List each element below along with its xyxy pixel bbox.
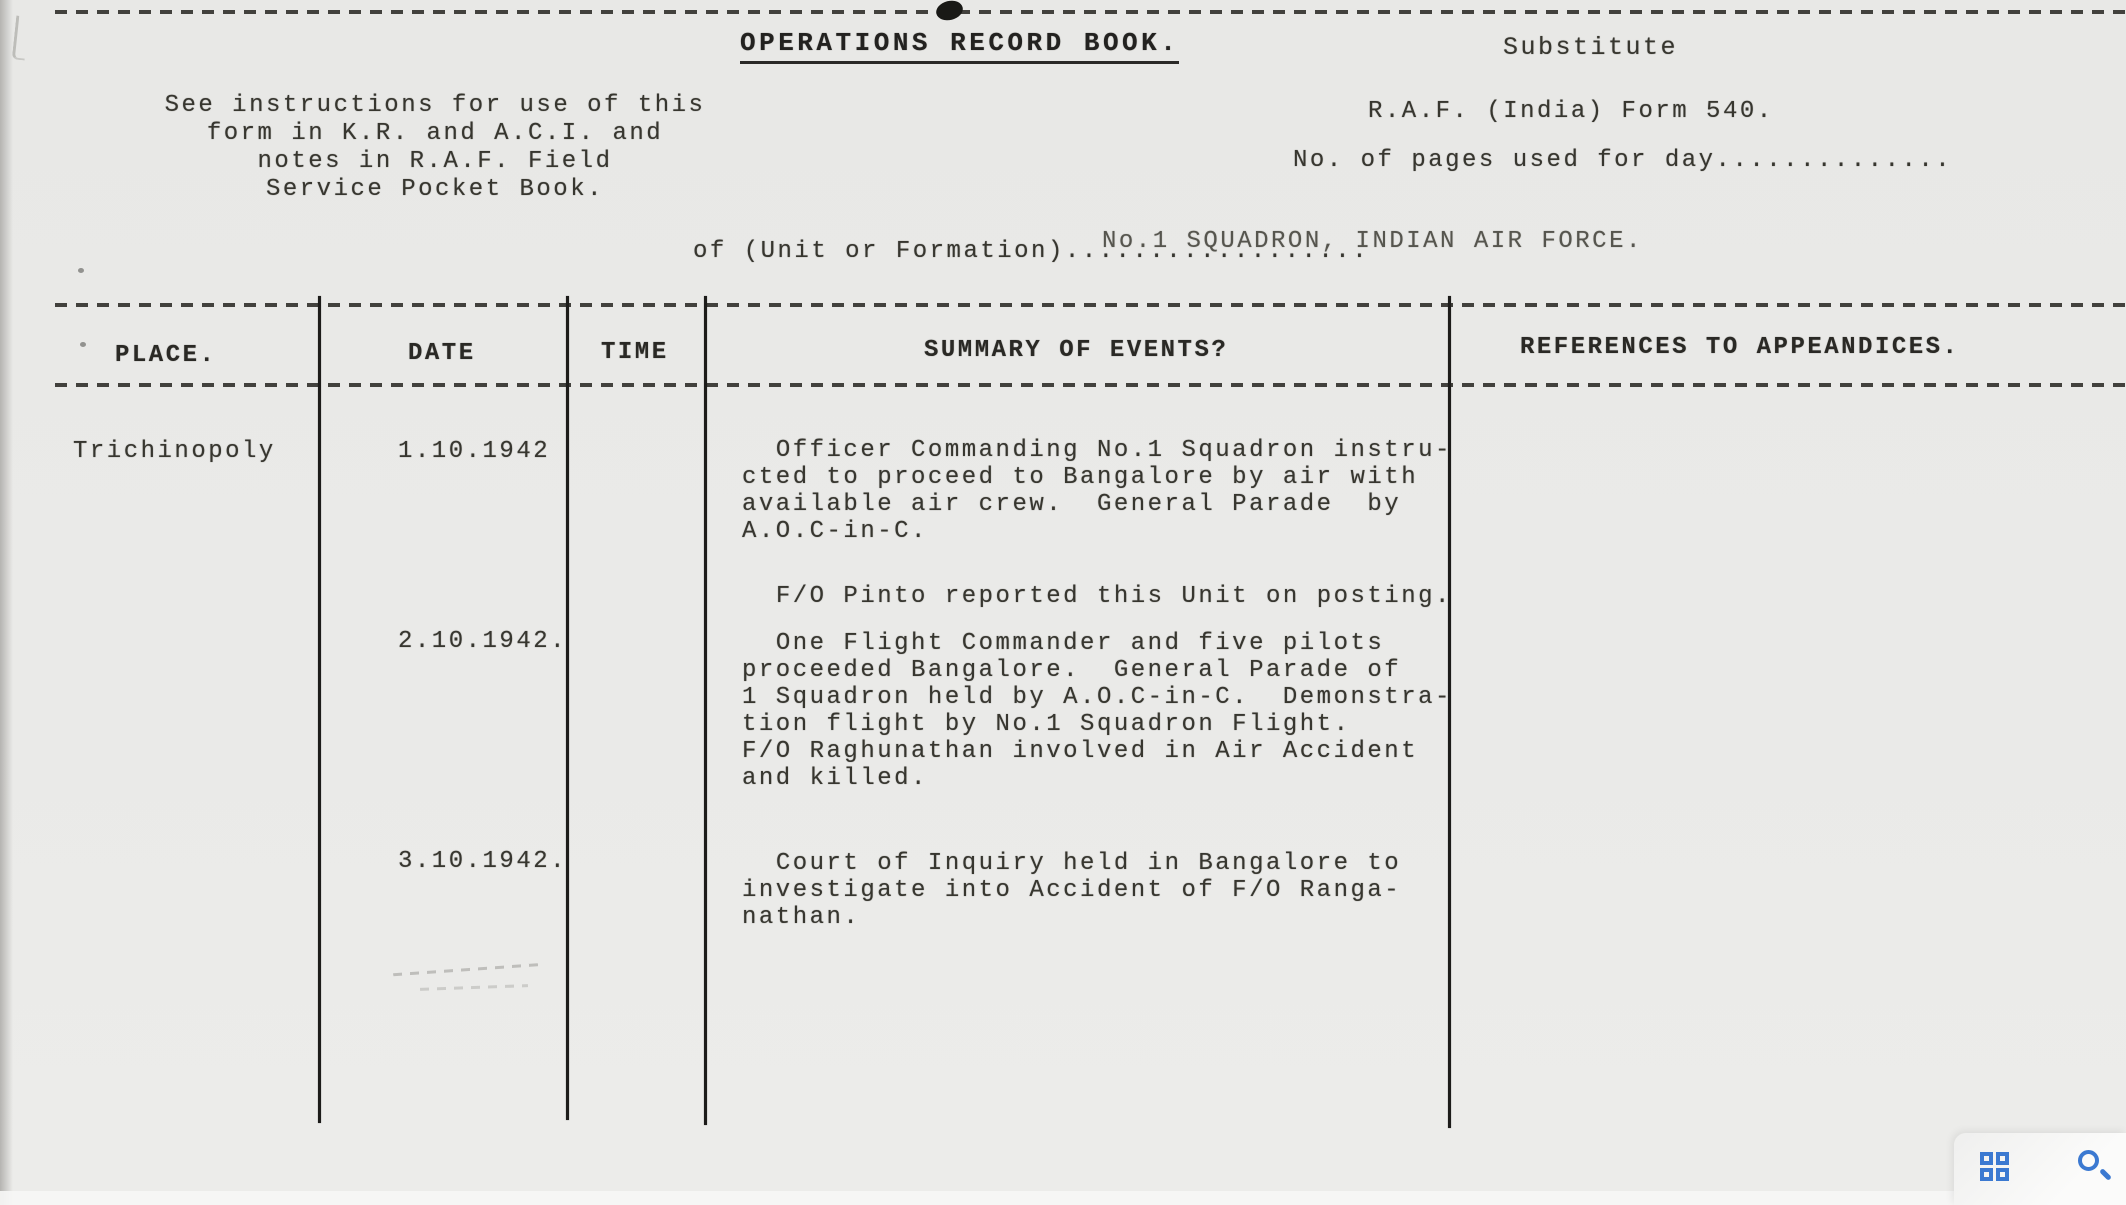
grid-view-icon[interactable] — [1980, 1152, 2012, 1184]
grid-cell — [1996, 1152, 2009, 1165]
date-cell: 3.10.1942. — [398, 848, 567, 875]
form-name: R.A.F. (India) Form 540. — [1368, 98, 1774, 125]
column-header-place: PLACE. — [115, 342, 216, 369]
grid-cell — [1980, 1168, 1993, 1181]
place-cell: Trichinopoly — [73, 438, 276, 465]
pencil-scribble — [393, 963, 545, 977]
ink-blob — [934, 0, 965, 23]
ink-dot — [78, 268, 84, 273]
column-header-time: TIME — [601, 339, 669, 366]
column-divider-time-summary — [704, 296, 707, 1125]
column-header-summary: SUMMARY OF EVENTS? — [924, 337, 1228, 364]
column-header-date: DATE — [408, 340, 476, 367]
scanned-document-page: OPERATIONS RECORD BOOK. Substitute See i… — [0, 0, 2126, 1205]
date-cell: 1.10.1942 — [398, 438, 550, 465]
column-divider-place-date — [318, 296, 321, 1123]
summary-cell: One Flight Commander and five pilots pro… — [742, 630, 1462, 792]
top-dashed-rule — [55, 10, 2126, 14]
table-top-rule — [55, 303, 2126, 307]
viewer-toolbar — [1954, 1133, 2126, 1205]
summary-cell: Officer Commanding No.1 Squadron instru-… — [742, 437, 1462, 545]
column-header-references: REFERENCES TO APPEANDICES. — [1520, 334, 1959, 361]
header-bottom-rule — [55, 383, 2126, 387]
document-title: OPERATIONS RECORD BOOK. — [740, 30, 1179, 64]
page-edge-shadow — [0, 0, 13, 1205]
margin-pencil-mark — [12, 15, 30, 60]
unit-value: No.1 SQUADRON, INDIAN AIR FORCE. — [1102, 228, 1643, 255]
form-instructions: See instructions for use of this form in… — [150, 92, 720, 204]
substitute-note: Substitute — [1503, 34, 1678, 61]
pencil-scribble — [420, 984, 528, 991]
summary-cell: Court of Inquiry held in Bangalore to in… — [742, 850, 1462, 931]
grid-cell — [1980, 1152, 1993, 1165]
viewer-bottom-bar — [0, 1191, 2126, 1205]
handle — [2099, 1168, 2112, 1181]
search-zoom-icon[interactable] — [2076, 1148, 2116, 1188]
grid-cell — [1996, 1168, 2009, 1181]
ink-dot — [80, 342, 86, 347]
pages-used-line: No. of pages used for day.............. — [1293, 147, 1952, 174]
column-divider-date-time — [566, 296, 569, 1120]
lens — [2078, 1150, 2099, 1171]
date-cell: 2.10.1942. — [398, 628, 567, 655]
summary-cell: F/O Pinto reported this Unit on posting. — [742, 583, 1482, 610]
